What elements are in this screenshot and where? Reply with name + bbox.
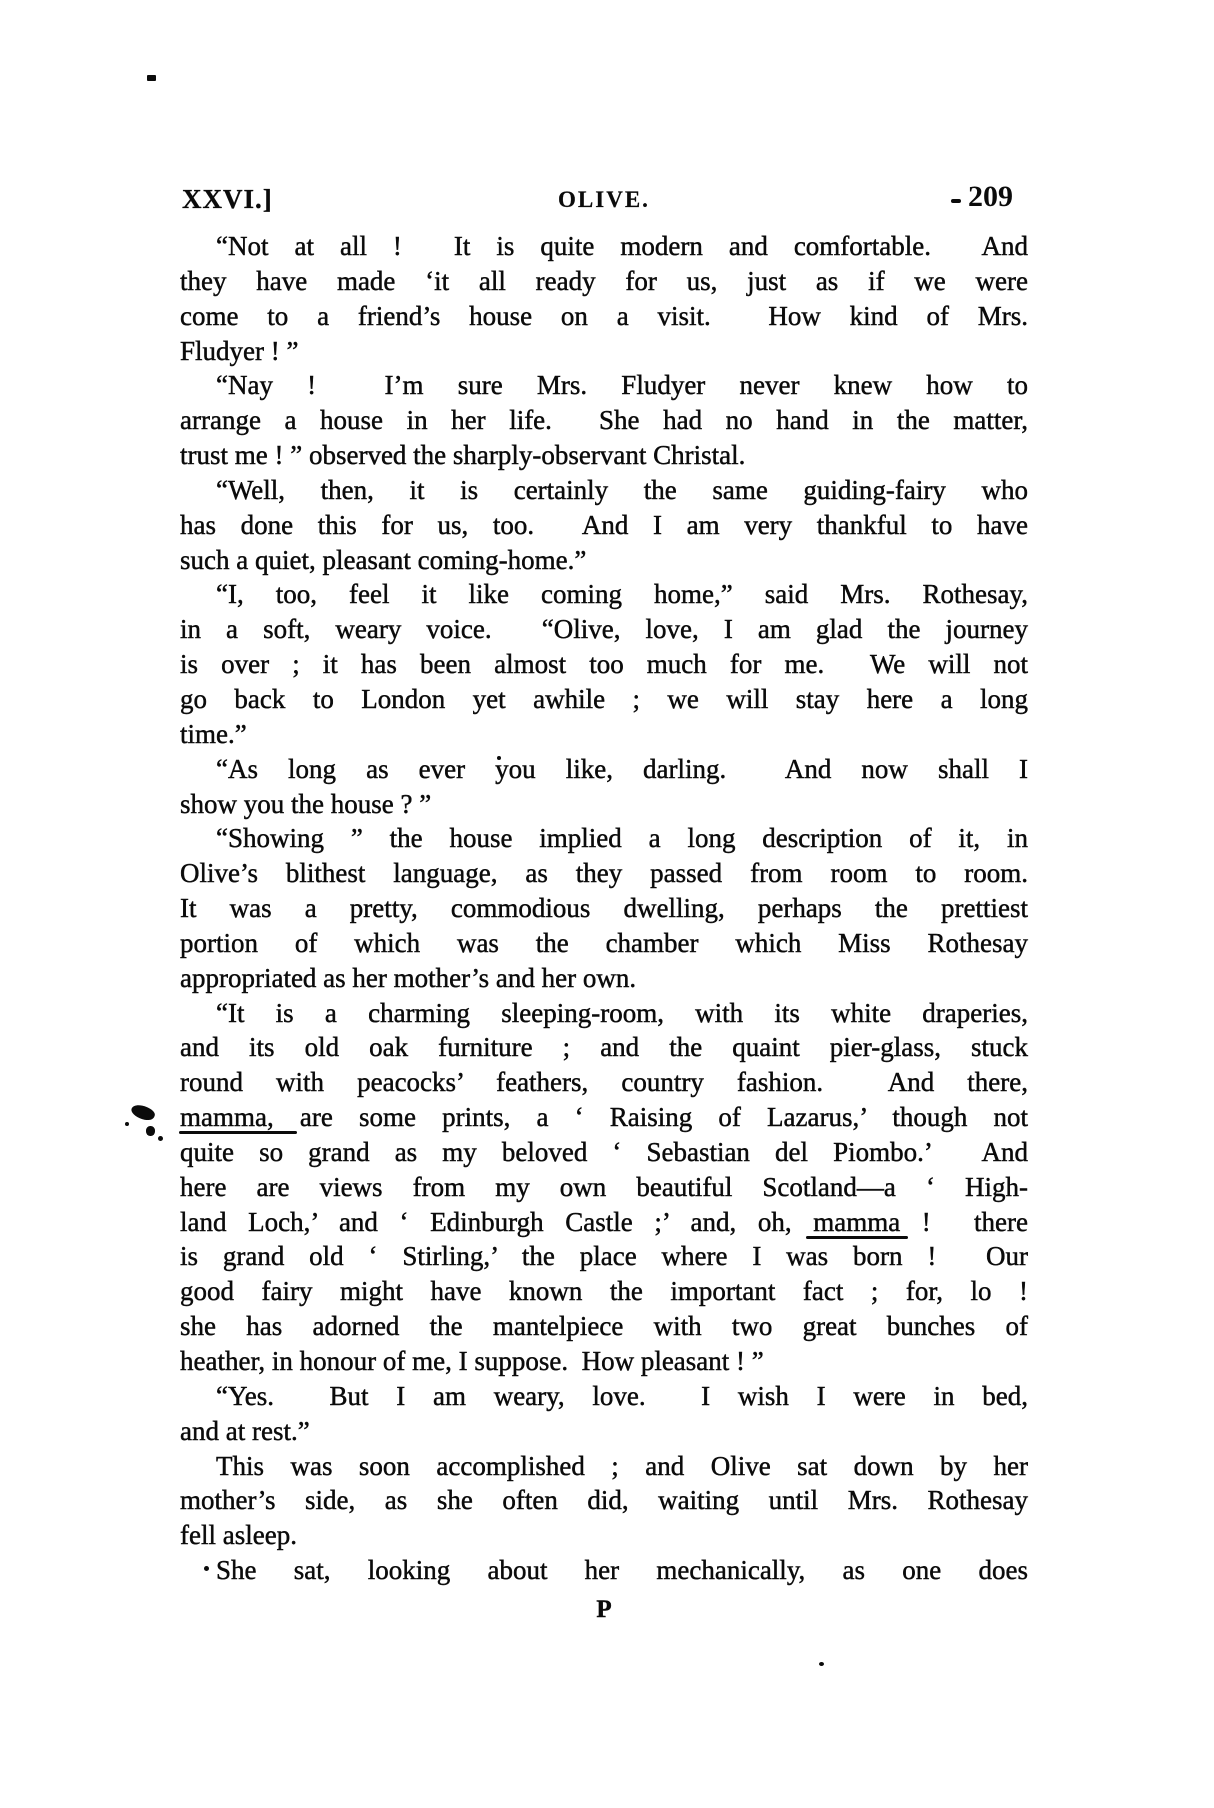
text-line: in a soft, weary voice. “Olive, love, I … [180,612,1028,647]
text-line: “Nay ! I’m sure Mrs. Fludyer never knew … [180,368,1028,403]
text-line: “Not at all ! It is quite modern and com… [180,229,1028,264]
text-line: appropriated as her mother’s and her own… [180,961,1028,996]
text-line: time.” [180,717,1028,752]
text-line: and its old oak furniture ; and the quai… [180,1030,1028,1065]
ink-blot [125,1122,129,1126]
text-line: mother’s side, as she often did, waiting… [180,1483,1028,1518]
text-line: has done this for us, too. And I am very… [180,508,1028,543]
scan-artifact [497,756,501,760]
ink-blot [146,1126,155,1136]
scan-artifact [147,75,156,81]
text-line: heather, in honour of me, I suppose. How… [180,1344,1028,1379]
text-line: Olive’s blithest language, as they passe… [180,856,1028,891]
text-line: “Showing ” the house implied a long desc… [180,821,1028,856]
text-line: here are views from my own beautiful Sco… [180,1170,1028,1205]
ink-blot [129,1102,156,1124]
text-line: “Yes. But I am weary, love. I wish I wer… [180,1379,1028,1414]
text-line: round with peacocks’ feathers, country f… [180,1065,1028,1100]
text-line: “As long as ever you like, darling. And … [180,752,1028,787]
text-line: mamma, are some prints, a ‘ Raising of L… [180,1100,1028,1135]
page-header: XXVI.] OLIVE. 209 [180,180,1028,220]
page-footer: P [180,1596,1028,1624]
text-line: quite so grand as my beloved ‘ Sebastian… [180,1135,1028,1170]
text-line: Fludyer ! ” [180,334,1028,369]
text-line: It was a pretty, commodious dwelling, pe… [180,891,1028,926]
text-line: arrange a house in her life. She had no … [180,403,1028,438]
text-line: she has adorned the mantelpiece with two… [180,1309,1028,1344]
text-line: “It is a charming sleeping-room, with it… [180,996,1028,1031]
text-line: “I, too, feel it like coming home,” said… [180,577,1028,612]
text-line: fell asleep. [180,1518,1028,1553]
scan-artifact [819,1662,824,1666]
running-title: OLIVE. [180,187,1028,213]
scan-artifact [951,199,961,203]
text-line: good fairy might have known the importan… [180,1274,1028,1309]
page-body: “Not at all ! It is quite modern and com… [180,229,1028,1588]
text-line: “Well, then, it is certainly the same gu… [180,473,1028,508]
text-line: She sat, looking about her mechanically,… [180,1553,1028,1588]
text-line: go back to London yet awhile ; we will s… [180,682,1028,717]
text-line: and at rest.” [180,1414,1028,1449]
text-line: land Loch,’ and ‘ Edinburgh Castle ;’ an… [180,1205,1028,1240]
book-page: XXVI.] OLIVE. 209 “Not at all ! It is qu… [0,0,1214,1808]
text-line: portion of which was the chamber which M… [180,926,1028,961]
ink-blot [158,1136,163,1141]
text-line: show you the house ? ” [180,787,1028,822]
text-line: trust me ! ” observed the sharply-observ… [180,438,1028,473]
pen-underline-mark [806,1236,908,1239]
page-number: 209 [968,180,1013,214]
pen-underline-mark [179,1131,297,1134]
text-line: is over ; it has been almost too much fo… [180,647,1028,682]
text-line: This was soon accomplished ; and Olive s… [180,1449,1028,1484]
text-line: such a quiet, pleasant coming-home.” [180,543,1028,578]
text-line: is grand old ‘ Stirling,’ the place wher… [180,1239,1028,1274]
text-line: they have made ‘it all ready for us, jus… [180,264,1028,299]
signature-mark: P [596,1596,611,1623]
text-line: come to a friend’s house on a visit. How… [180,299,1028,334]
scan-artifact [204,1566,209,1571]
